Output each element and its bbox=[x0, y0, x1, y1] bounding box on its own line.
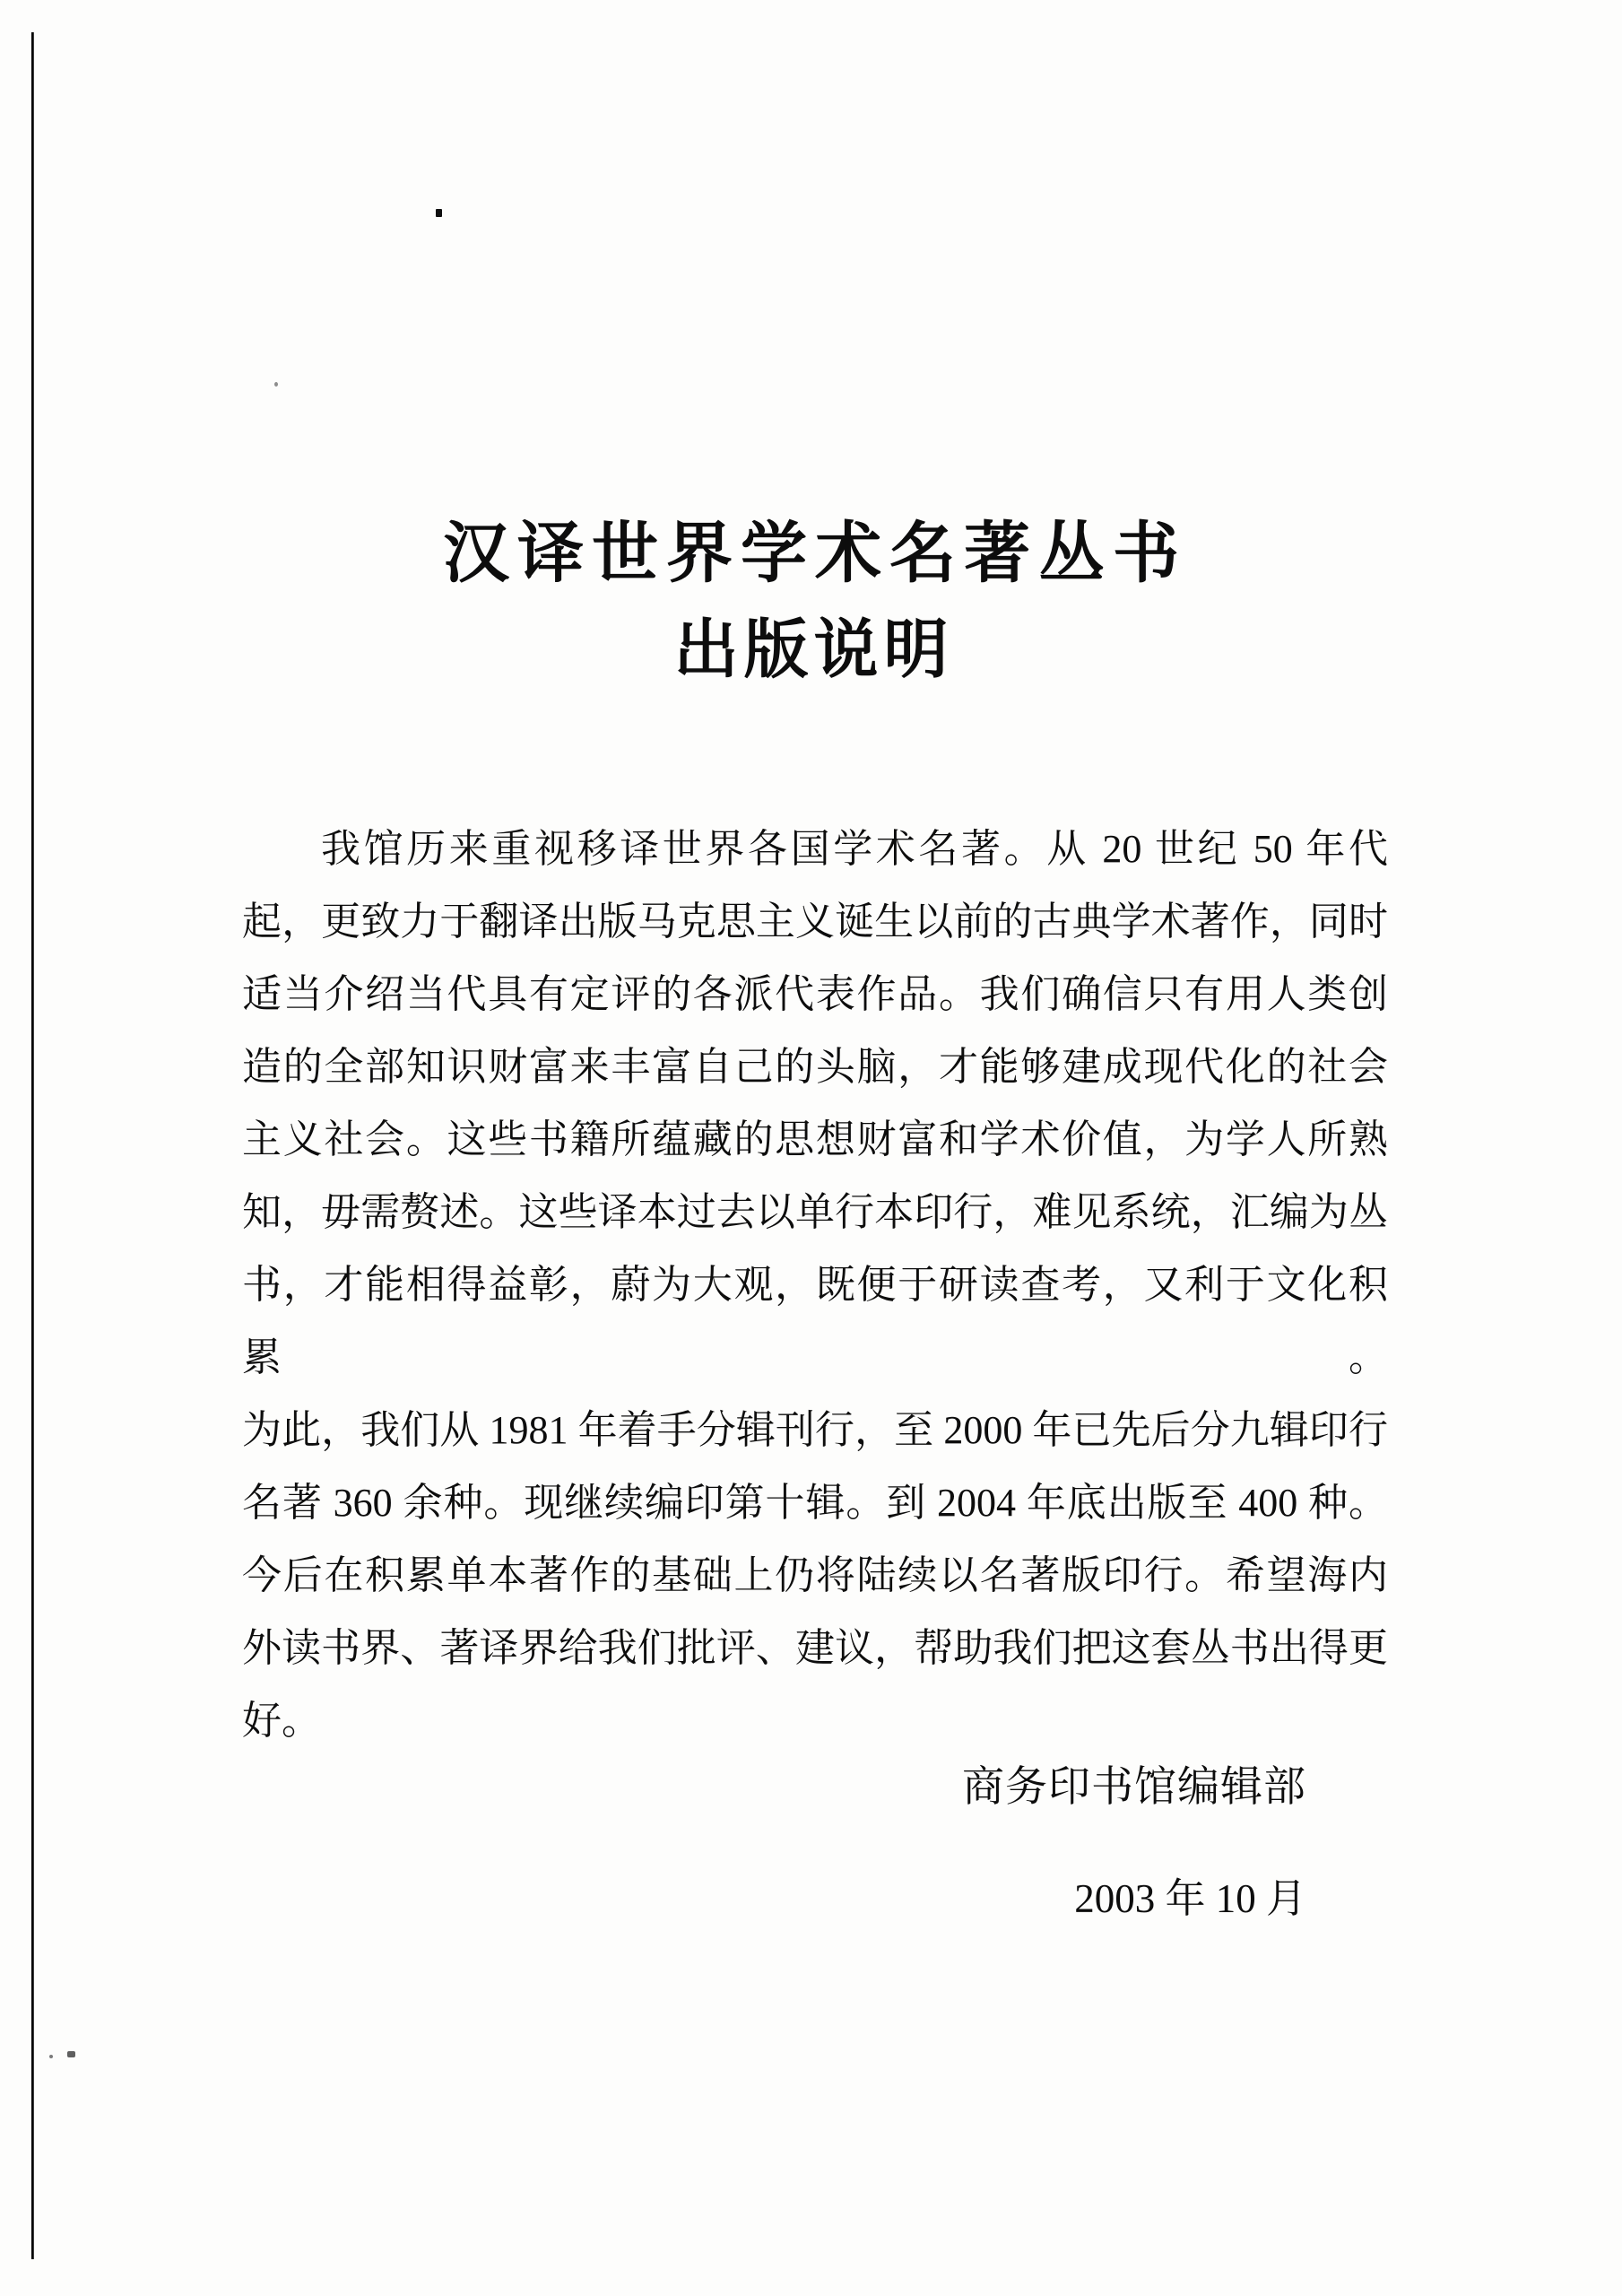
body-line: 我馆历来重视移译世界各国学术名著。从 20 世纪 50 年代 bbox=[242, 813, 1388, 885]
publication-note-title: 出版说明 bbox=[0, 613, 1622, 687]
page-edge-scan-line bbox=[31, 32, 34, 2259]
colophon-block: 商务印书馆编辑部 2003 年 10 月 bbox=[962, 1762, 1306, 1922]
body-line: 今后在积累单本著作的基础上仍将陆续以名著版印行。希望海内 bbox=[242, 1539, 1388, 1612]
body-line: 知，毋需赘述。这些译本过去以单行本印行，难见系统，汇编为丛 bbox=[242, 1176, 1388, 1248]
publisher-signature: 商务印书馆编辑部 bbox=[962, 1762, 1306, 1813]
scan-speck bbox=[67, 2051, 75, 2057]
body-line: 好。 bbox=[242, 1684, 1388, 1757]
body-line: 为此，我们从 1981 年着手分辑刊行，至 2000 年已先后分九辑印行 bbox=[242, 1394, 1388, 1466]
body-line: 书，才能相得益彰，蔚为大观，既便于研读查考，又利于文化积累。 bbox=[242, 1248, 1388, 1394]
ink-dot-artifact bbox=[436, 209, 442, 217]
body-line: 外读书界、著译界给我们批评、建议，帮助我们把这套丛书出得更 bbox=[242, 1612, 1388, 1684]
publication-note-body: 我馆历来重视移译世界各国学术名著。从 20 世纪 50 年代 起，更致力于翻译出… bbox=[242, 813, 1388, 1757]
body-line: 主义社会。这些书籍所蕴藏的思想财富和学术价值，为学人所熟 bbox=[242, 1103, 1388, 1176]
body-line: 造的全部知识财富来丰富自己的头脑，才能够建成现代化的社会 bbox=[242, 1031, 1388, 1103]
series-title: 汉译世界学术名著丛书 bbox=[0, 517, 1622, 592]
body-line: 名著 360 余种。现继续编印第十辑。到 2004 年底出版至 400 种。 bbox=[242, 1466, 1388, 1539]
body-line: 适当介绍当代具有定评的各派代表作品。我们确信只有用人类创 bbox=[242, 958, 1388, 1031]
body-line: 起，更致力于翻译出版马克思主义诞生以前的古典学术著作，同时 bbox=[242, 885, 1388, 958]
scan-speck bbox=[49, 2055, 53, 2058]
publication-date: 2003 年 10 月 bbox=[962, 1875, 1306, 1922]
scan-speck bbox=[274, 382, 278, 387]
scanned-book-page: 汉译世界学术名著丛书 出版说明 我馆历来重视移译世界各国学术名著。从 20 世纪… bbox=[0, 0, 1622, 2296]
